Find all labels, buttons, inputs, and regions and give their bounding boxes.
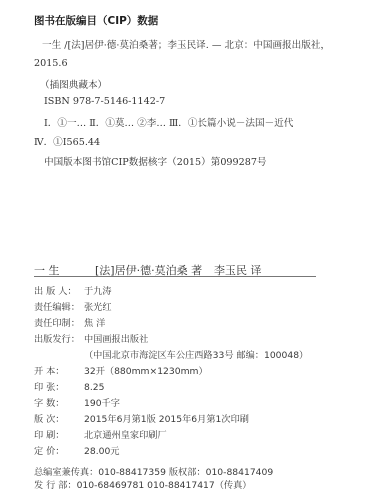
cip-line: Ⅰ．①一… Ⅱ．①莫… ②李… Ⅲ．①长篇小说－法国－近代 — [44, 115, 293, 129]
colophon-row: 出 版 人：于九涛 — [34, 283, 112, 297]
cip-line: ISBN 978-7-5146-1142-7 — [44, 96, 165, 107]
cip-line: 2015.6 — [34, 58, 68, 69]
contact-line: 总编室兼传真：010-88417359 版权部：010-88417409 — [34, 464, 273, 478]
colophon-row: 版 次：2015年6月第1版 2015年6月第1次印刷 — [34, 411, 249, 425]
cip-heading: 图书在版编目（CIP）数据 — [34, 13, 158, 28]
colophon-row: 责任编辑：张光红 — [34, 299, 112, 313]
colophon-row: 定 价：28.00元 — [34, 443, 120, 457]
colophon-row: 责任印制：焦 洋 — [34, 315, 105, 329]
colophon-row: （中国北京市海淀区车公庄西路33号 邮编：100048） — [84, 347, 308, 361]
colophon-row: 印 刷：北京通州皇家印刷厂 — [34, 427, 167, 441]
colophon-row: 开 本：32开（880mm×1230mm） — [34, 363, 208, 377]
cip-line: Ⅳ．①I565.44 — [34, 134, 100, 148]
cip-line: 中国版本图书馆CIP数据核字（2015）第099287号 — [44, 154, 267, 168]
colophon-row: 出版发行：中国画报出版社 — [34, 331, 148, 345]
divider — [34, 276, 316, 277]
cip-line: （插图典藏本） — [40, 77, 107, 91]
cip-line: 一生 /[法]居伊·德·莫泊桑著；李玉民译. — 北京：中国画报出版社， — [42, 37, 330, 51]
colophon-row: 字 数：190千字 — [34, 395, 120, 409]
contact-line: 发 行 部：010-68469781 010-88417417（传真） — [34, 477, 252, 491]
colophon-row: 印 张：8.25 — [34, 379, 104, 393]
